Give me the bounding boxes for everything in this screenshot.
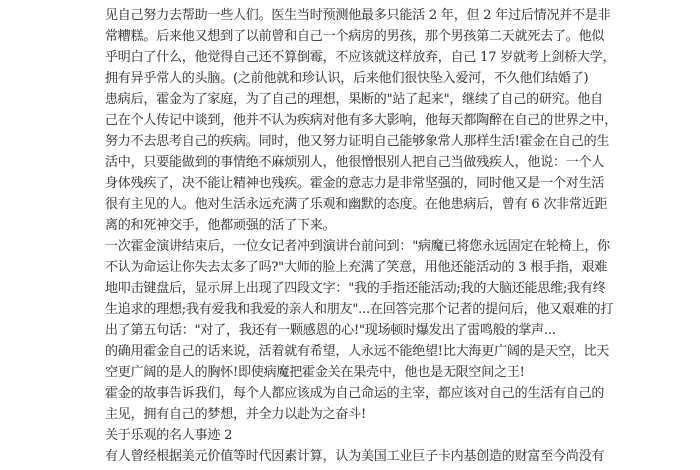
text-line: 常糟糕。后来他又想到了以前曾和自己一个病房的男孩，那个男孩第二天就死去了。他似: [105, 26, 615, 47]
text-line: 很有主见的人。他对生活永远充满了乐观和幽默的态度。在他患病后，曾有 6 次非常近…: [105, 194, 615, 215]
text-line: 见自己努力去帮助一些人们。医生当时预测他最多只能活 2 年，但 2 年过后情况并…: [105, 5, 615, 26]
document-page: 见自己努力去帮助一些人们。医生当时预测他最多只能活 2 年，但 2 年过后情况并…: [0, 0, 700, 470]
text-line: 一次霍金演讲结束后，一位女记者冲到演讲台前问到："病魔已将您永远固定在轮椅上，你: [105, 236, 615, 257]
text-line: 的确用霍金自己的话来说，活着就有希望，人永远不能绝望!比大海更广阔的是天空，比天: [105, 341, 615, 362]
text-line: 离的和死神交手，他都顽强的活了下来。: [105, 215, 615, 236]
text-line: 有人曾经根据美元价值等时代因素计算，认为美国工业巨子卡内基创造的财富至今尚没有: [105, 446, 615, 467]
text-line: 主见，拥有自己的梦想，并全力以赴为之奋斗!: [105, 404, 615, 425]
text-line: 努力不去思考自己的疾病。同时，他又努力证明自己能够象常人那样生活!霍金在自己的生: [105, 131, 615, 152]
section-heading: 关于乐观的名人事迹 2: [105, 425, 615, 446]
text-line: 身体残疾了，决不能让精神也残疾。霍金的意志力是非常坚强的，同时他又是一个对生活: [105, 173, 615, 194]
text-line: 地叩击键盘后，显示屏上出现了四段文字："我的手指还能活动;我的大脑还能思维;我有…: [105, 278, 615, 299]
text-line: 拥有异乎常人的头脑。(之前他就和珍认识，后来他们很快坠入爱河，不久他们结婚了): [105, 68, 615, 89]
text-block: 见自己努力去帮助一些人们。医生当时预测他最多只能活 2 年，但 2 年过后情况并…: [105, 5, 615, 467]
text-line: 己在个人传记中谈到，他并不认为疾病对他有多大影响，他每天都陶醉在自己的世界之中，: [105, 110, 615, 131]
text-line: 患病后，霍金为了家庭，为了自己的理想，果断的"站了起来"，继续了自己的研究。他自: [105, 89, 615, 110]
text-line: 霍金的故事告诉我们，每个人都应该成为自己命运的主宰，都应该对自己的生活有自己的: [105, 383, 615, 404]
text-line: 不认为命运让你失去太多了吗?"大师的脸上充满了笑意，用他还能活动的 3 根手指，…: [105, 257, 615, 278]
text-line: 空更广阔的是人的胸怀!即使病魔把霍金关在果壳中，他也是无限空间之王!: [105, 362, 615, 383]
text-line: 活中，只要能做到的事情绝不麻烦别人，他很憎恨别人把自己当做残疾人，他说：一个人: [105, 152, 615, 173]
text-line: 生追求的理想;我有爱我和我爱的亲人和朋友"...在回答完那个记者的提问后，他又艰…: [105, 299, 615, 320]
text-line: 出了第五句话："对了，我还有一颗感恩的心!"现场顿时爆发出了雷鸣般的掌声...: [105, 320, 615, 341]
text-line: 乎明白了什么，他觉得自己还不算倒霉，不应该就这样放弃，自己 17 岁就考上剑桥大…: [105, 47, 615, 68]
